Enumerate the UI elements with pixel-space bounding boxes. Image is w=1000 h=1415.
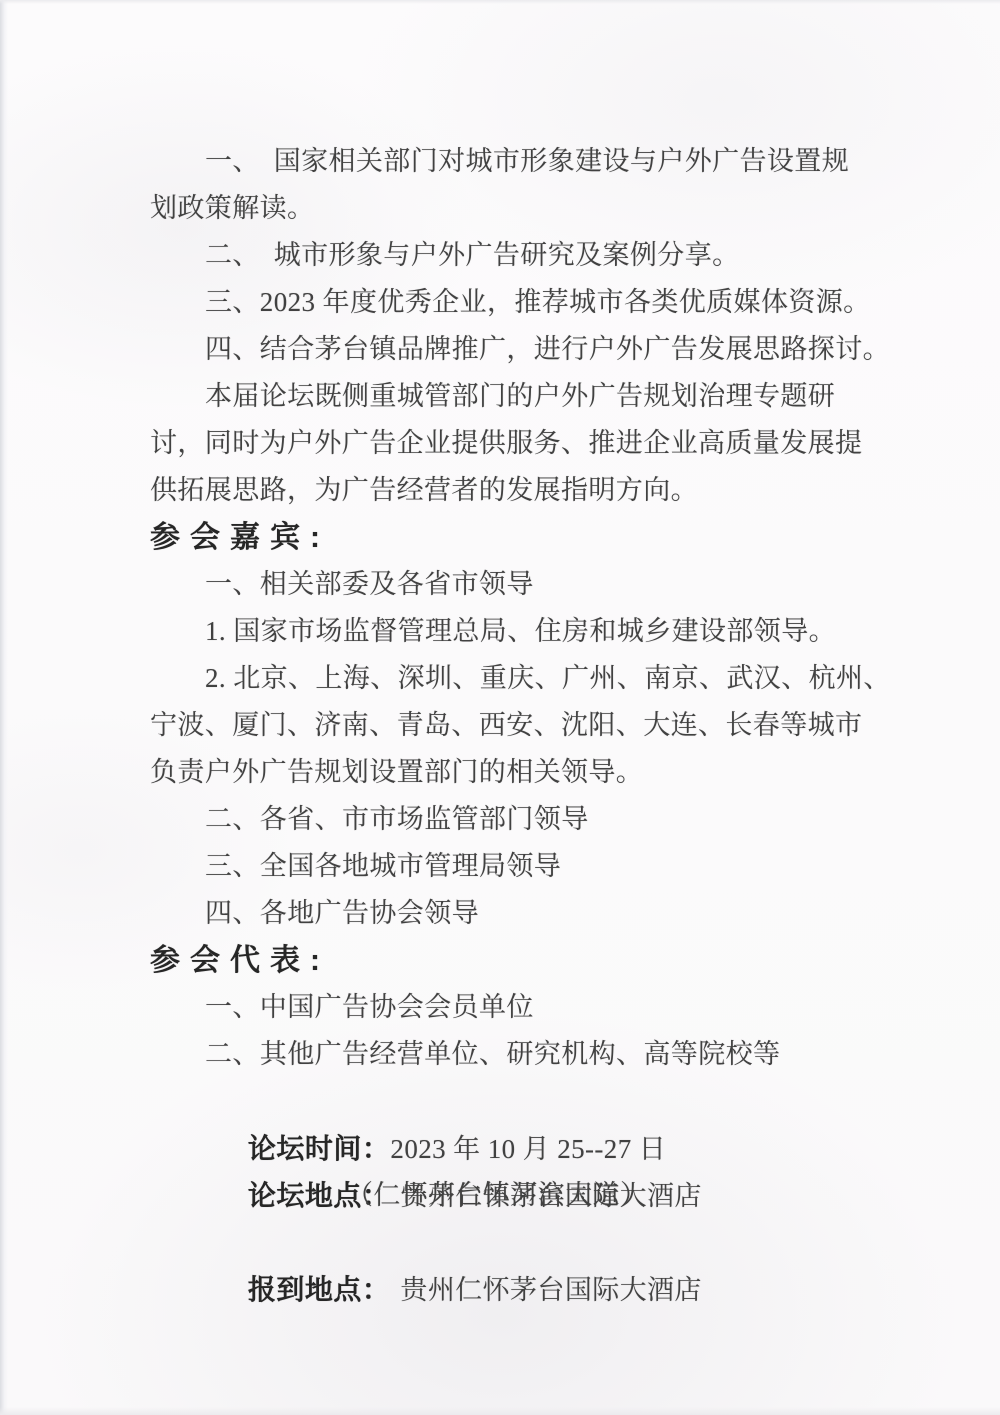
agenda-item-1-line-1: 一、 国家相关部门对城市形象建设与户外广告设置规: [150, 138, 880, 185]
section-heading-guests: 参会嘉宾:: [150, 514, 880, 561]
scan-edge-top: [0, 0, 1000, 4]
guests-sub-item-1: 1. 国家市场监督管理总局、住房和城乡建设部领导。: [150, 608, 880, 655]
section-heading-delegates: 参会代表:: [150, 937, 880, 984]
checkin-venue-value: 贵州仁怀茅台国际大酒店: [400, 1275, 701, 1305]
forum-intro-line-2: 讨，同时为户外广告企业提供服务、推进企业高质量发展提: [150, 420, 880, 467]
guests-sub-item-2-line-3: 负责户外广告规划设置部门的相关领导。: [150, 749, 880, 796]
delegates-item-1: 一、中国广告协会会员单位: [150, 984, 880, 1031]
scan-edge-bottom: [0, 1407, 1000, 1415]
guests-sub-item-2-line-1: 2. 北京、上海、深圳、重庆、广州、南京、武汉、杭州、: [150, 655, 880, 702]
guests-sub-item-2-line-2: 宁波、厦门、济南、青岛、西安、沈阳、大连、长春等城市: [150, 702, 880, 749]
document-body: 一、 国家相关部门对城市形象建设与户外广告设置规 划政策解读。 二、 城市形象与…: [150, 138, 880, 1266]
forum-time-value: 2023 年 10 月 25--27 日: [390, 1134, 666, 1164]
guests-item-4: 四、各地广告协会领导: [150, 890, 880, 937]
checkin-venue-label: 报到地点：: [248, 1274, 391, 1305]
guests-item-1: 一、相关部委及各省市领导: [150, 561, 880, 608]
forum-time-line: 论坛时间：2023 年 10 月 25--27 日: [150, 1078, 880, 1125]
agenda-item-2: 二、 城市形象与户外广告研究及案例分享。: [150, 232, 880, 279]
forum-intro-line-3: 供拓展思路，为广告经营者的发展指明方向。: [150, 467, 880, 514]
checkin-venue-line: 报到地点：贵州仁怀茅台国际大酒店: [150, 1219, 880, 1266]
scanned-document-page: 一、 国家相关部门对城市形象建设与户外广告设置规 划政策解读。 二、 城市形象与…: [0, 0, 1000, 1415]
forum-time-label: 论坛时间：: [248, 1133, 391, 1164]
agenda-item-3: 三、2023 年度优秀企业，推荐城市各类优质媒体资源。: [150, 279, 880, 326]
guests-item-3: 三、全国各地城市管理局领导: [150, 843, 880, 890]
forum-intro-line-1: 本届论坛既侧重城管部门的户外广告规划治理专题研: [150, 373, 880, 420]
delegates-item-2: 二、其他广告经营单位、研究机构、高等院校等: [150, 1031, 880, 1078]
agenda-item-1-line-2: 划政策解读。: [150, 185, 880, 232]
agenda-item-4: 四、结合茅台镇品牌推广，进行户外广告发展思路探讨。: [150, 326, 880, 373]
guests-item-2: 二、各省、市市场监管部门领导: [150, 796, 880, 843]
scan-edge-left: [0, 0, 8, 1415]
